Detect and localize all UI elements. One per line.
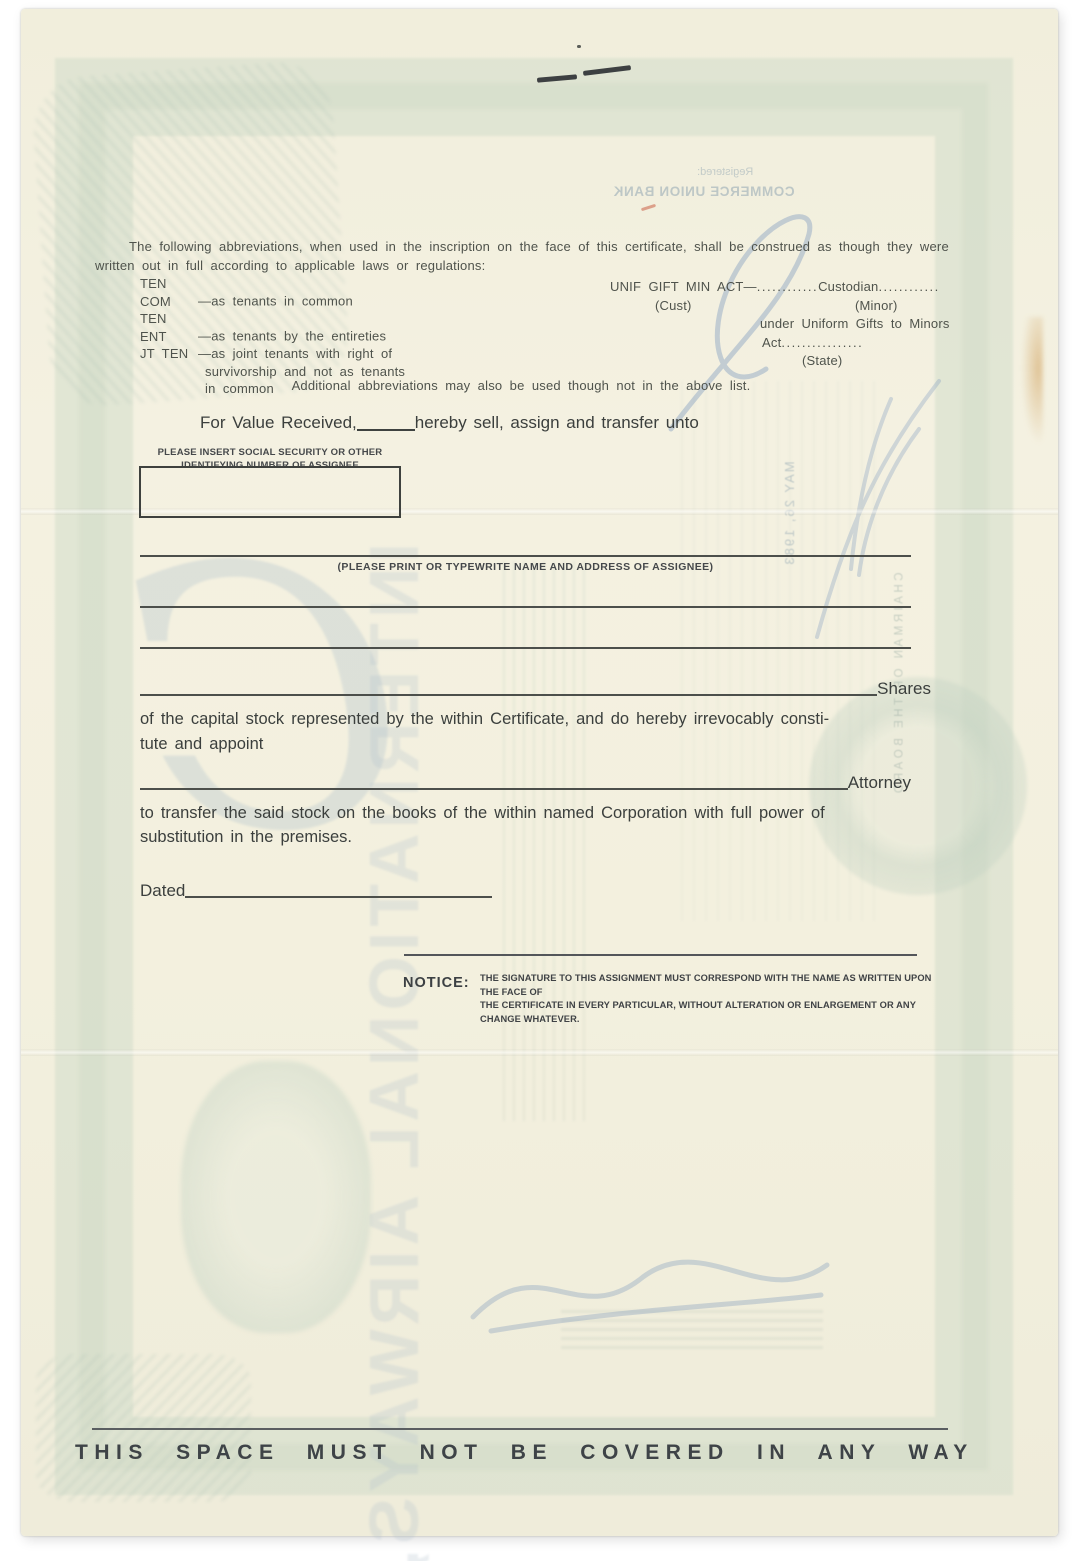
shares-label: Shares xyxy=(877,679,931,699)
dotted-leader: ............ xyxy=(878,279,939,294)
transfer-books-text-line1: to transfer the said stock on the books … xyxy=(140,804,825,823)
gift-act-sublabels: (Cust)(Minor) xyxy=(610,297,955,316)
abbreviations-intro-line1: The following abbreviations, when used i… xyxy=(129,239,949,254)
uniform-gift-act-block: UNIF GIFT MIN ACT—............Custodian.… xyxy=(610,278,955,371)
abbreviation-definition: survivorship and not as tenants xyxy=(205,364,405,379)
signature-line xyxy=(404,954,917,956)
attorney-label: Attorney xyxy=(848,773,911,793)
footer-warning: THIS SPACE MUST NOT BE COVERED IN ANY WA… xyxy=(75,1441,965,1465)
abbreviation-definition: —as tenants by the entireties xyxy=(198,329,386,344)
abbreviation-definition: —as joint tenants with right of xyxy=(198,346,392,361)
gift-act-label: UNIF GIFT MIN ACT— xyxy=(610,279,757,294)
assignee-name-line xyxy=(140,555,911,557)
abbreviations-intro: The following abbreviations, when used i… xyxy=(95,237,957,275)
abbreviation-code: JT TEN xyxy=(140,345,198,363)
additional-abbreviations-note: Additional abbreviations may also be use… xyxy=(211,378,831,393)
transfer-books-text-line2: substitution in the premises. xyxy=(140,828,352,847)
footer-rule xyxy=(92,1428,948,1430)
ghost-signature-right xyxy=(817,381,939,637)
dated-line: Dated xyxy=(140,875,492,901)
abbreviation-definition: —as tenants in common xyxy=(198,294,353,309)
attorney-blank-line xyxy=(140,788,848,790)
assignee-address-line-2 xyxy=(140,647,911,649)
shares-line: Shares xyxy=(140,673,931,699)
ssn-instruction-line1: PLEASE INSERT SOCIAL SECURITY OR OTHER xyxy=(158,447,383,458)
assignee-address-line-1 xyxy=(140,606,911,608)
transfer-unto-label: hereby sell, assign and transfer unto xyxy=(415,413,699,433)
ssn-entry-box xyxy=(139,466,401,518)
notice-text-line2: THE CERTIFICATE IN EVERY PARTICULAR, WIT… xyxy=(480,1000,916,1024)
state-label: (State) xyxy=(610,352,955,371)
abbreviation-code: TEN ENT xyxy=(140,310,198,345)
assignee-caption: (PLEASE PRINT OR TYPEWRITE NAME AND ADDR… xyxy=(140,561,911,573)
gift-act-act-line: Act................ xyxy=(610,334,955,353)
gift-act-line: UNIF GIFT MIN ACT—............Custodian.… xyxy=(610,278,955,297)
cust-label: (Cust) xyxy=(655,297,692,316)
notice-label: NOTICE: xyxy=(403,975,470,991)
for-value-received-line: For Value Received, hereby sell, assign … xyxy=(200,413,699,433)
notice-block: NOTICE: THE SIGNATURE TO THIS ASSIGNMENT… xyxy=(403,972,943,1026)
shares-blank-line xyxy=(140,694,877,696)
certificate-back-paper: Registered: COMMERCE UNION BANK C INTERN… xyxy=(21,9,1058,1536)
date-blank-line xyxy=(185,896,492,898)
dotted-leader: ............ xyxy=(757,279,818,294)
gift-act-under-line: under Uniform Gifts to Minors xyxy=(610,315,955,334)
custodian-label: Custodian xyxy=(818,279,878,294)
dotted-leader: ................ xyxy=(781,335,863,350)
abbreviation-row: TEN ENT—as tenants by the entireties xyxy=(140,310,405,345)
act-label: Act xyxy=(762,335,781,350)
abbreviation-code: TEN COM xyxy=(140,275,198,310)
ghost-signature-bottom xyxy=(473,1262,827,1331)
dated-label: Dated xyxy=(140,881,185,901)
abbreviation-row: JT TEN—as joint tenants with right of xyxy=(140,345,405,363)
abbreviations-intro-line2: written out in full according to applica… xyxy=(95,258,485,273)
assignor-blank-line xyxy=(357,429,415,431)
notice-text-line1: THE SIGNATURE TO THIS ASSIGNMENT MUST CO… xyxy=(480,973,931,997)
capital-stock-text-line1: of the capital stock represented by the … xyxy=(140,710,829,729)
capital-stock-text-line2: tute and appoint xyxy=(140,735,263,754)
notice-text: THE SIGNATURE TO THIS ASSIGNMENT MUST CO… xyxy=(480,972,943,1026)
abbreviation-row: TEN COM—as tenants in common xyxy=(140,275,405,310)
attorney-line: Attorney xyxy=(140,767,911,793)
for-value-received-label: For Value Received, xyxy=(200,413,357,433)
minor-label: (Minor) xyxy=(855,297,898,316)
